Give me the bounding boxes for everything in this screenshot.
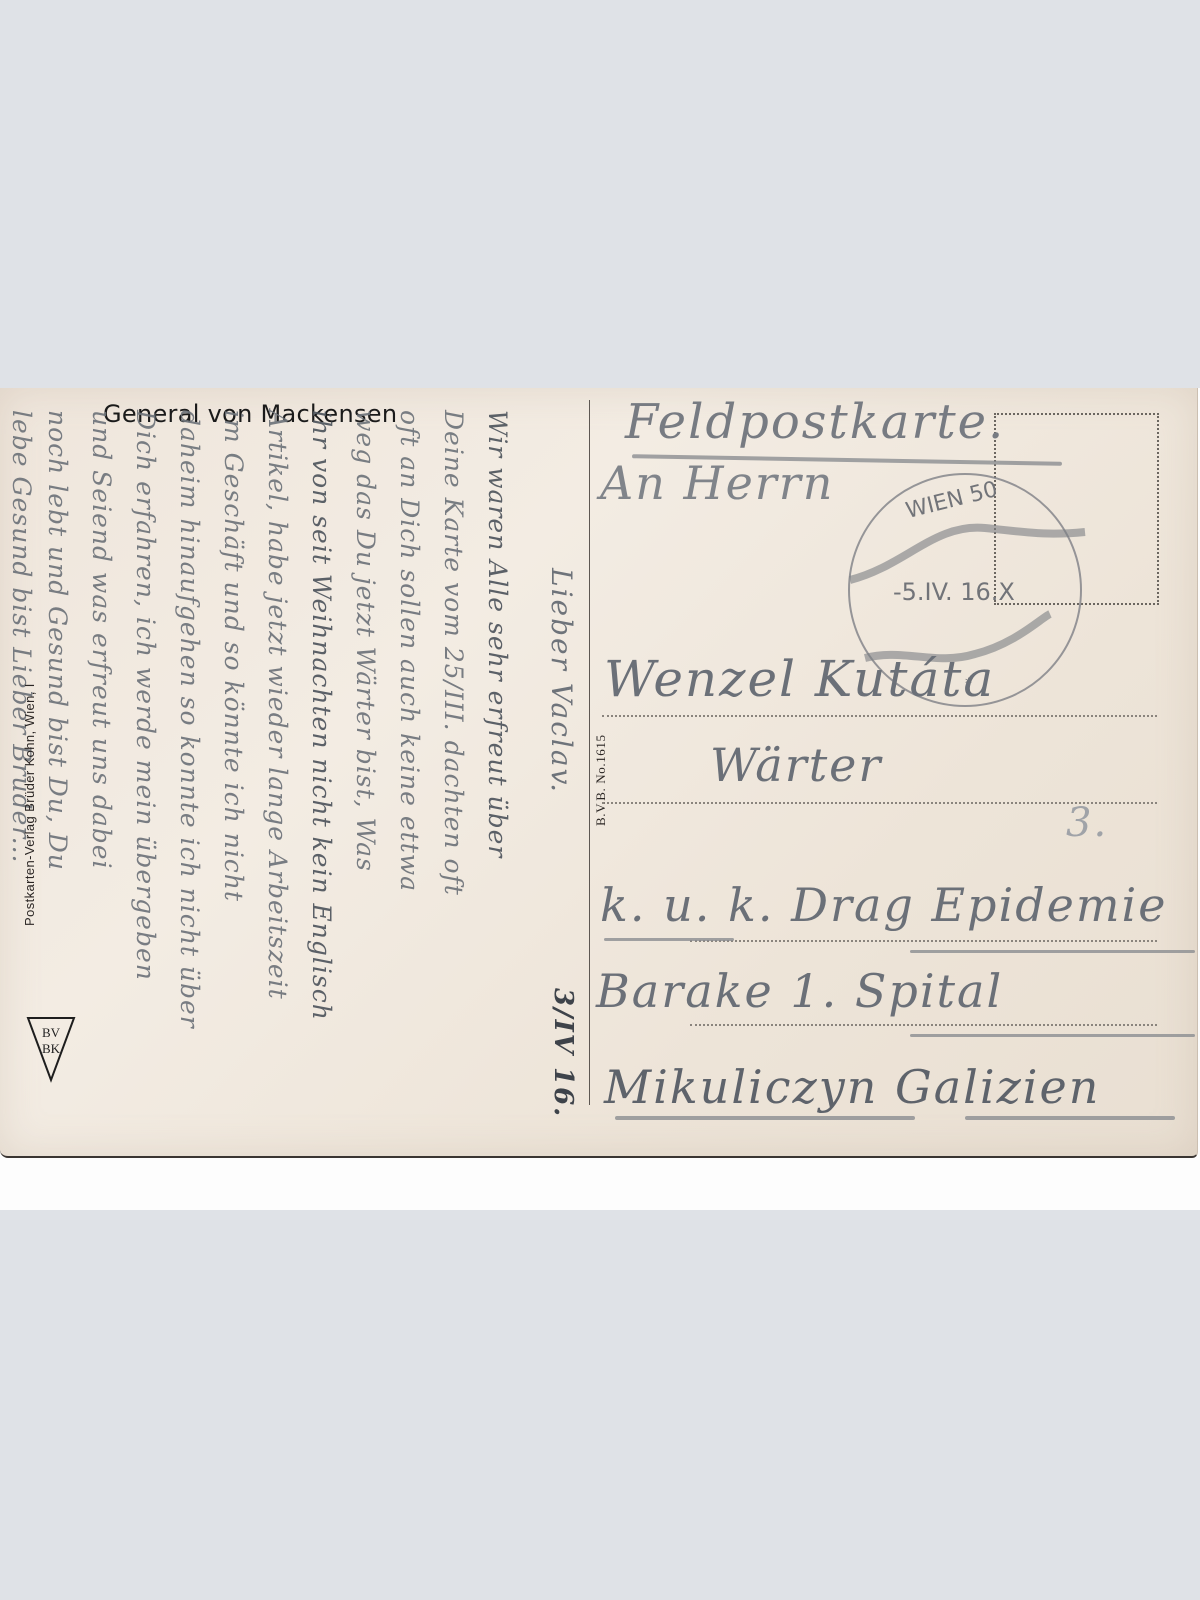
letter-line: Wir waren Alle sehr erfreut über bbox=[483, 410, 512, 858]
card-divider bbox=[589, 400, 590, 1105]
letter-line: weg das Du jetzt Wärter bist, Was bbox=[351, 410, 380, 872]
postmark-date: -5.IV. 16.X bbox=[893, 578, 1015, 606]
address-header: Feldpostkarte. bbox=[625, 394, 1005, 450]
letter-line: ihr von seit Weihnachten nicht kein Engl… bbox=[307, 410, 336, 1021]
letter-line: noch lebt und Gesund bist Du, Du bbox=[43, 410, 72, 871]
handwritten-letter: Lieber Vaclav. 3/IV 16. Wir waren Alle s… bbox=[0, 388, 590, 1156]
letter-date: 3/IV 16. bbox=[548, 988, 578, 1118]
letter-line: Dich erfahren, ich werde mein übergeben bbox=[131, 410, 160, 981]
address-line bbox=[690, 1024, 1157, 1026]
letter-salutation: Lieber Vaclav. bbox=[545, 568, 578, 794]
address-prefix: An Herrn bbox=[600, 456, 834, 510]
publisher-imprint: Postkarten-Verlag Brüder Kohn, Wien, I bbox=[22, 683, 37, 926]
pencil-annotation: 3. bbox=[1066, 800, 1108, 846]
letter-line: oft an Dich sollen auch keine ettwa bbox=[395, 410, 424, 892]
recipient-barrack: Barake 1. Spital bbox=[596, 964, 1003, 1018]
letter-line: und Seiend was erfreut uns dabei bbox=[87, 410, 116, 870]
recipient-name: Wenzel Kutáta bbox=[604, 650, 995, 708]
recipient-role: Wärter bbox=[710, 738, 882, 792]
letter-line: Artikel, habe jetzt wieder lange Arbeits… bbox=[263, 410, 292, 1000]
recipient-unit: k. u. k. Drag Epidemie bbox=[600, 878, 1167, 932]
letter-line: Deine Karte vom 25/III. dachten oft bbox=[439, 410, 468, 896]
underline-stroke bbox=[965, 1116, 1175, 1120]
publisher-logo: BV BK bbox=[26, 1014, 76, 1084]
catalog-number: B.V.B. No.1615 bbox=[593, 734, 609, 826]
underline-stroke bbox=[910, 1034, 1195, 1037]
underline-stroke bbox=[910, 950, 1195, 953]
underline-stroke bbox=[604, 938, 734, 941]
logo-line-1: BV bbox=[26, 1026, 76, 1040]
letter-line: im Geschäft und so könnte ich nicht bbox=[219, 410, 248, 902]
logo-line-2: BK bbox=[26, 1042, 76, 1056]
postcard-back: General von Mackensen Lieber Vaclav. 3/I… bbox=[0, 388, 1198, 1158]
address-line bbox=[690, 940, 1157, 942]
recipient-location: Mikuliczyn Galizien bbox=[604, 1060, 1100, 1114]
underline-stroke bbox=[615, 1116, 915, 1120]
letter-line: daheim hinaufgehen so konnte ich nicht ü… bbox=[175, 410, 204, 1029]
